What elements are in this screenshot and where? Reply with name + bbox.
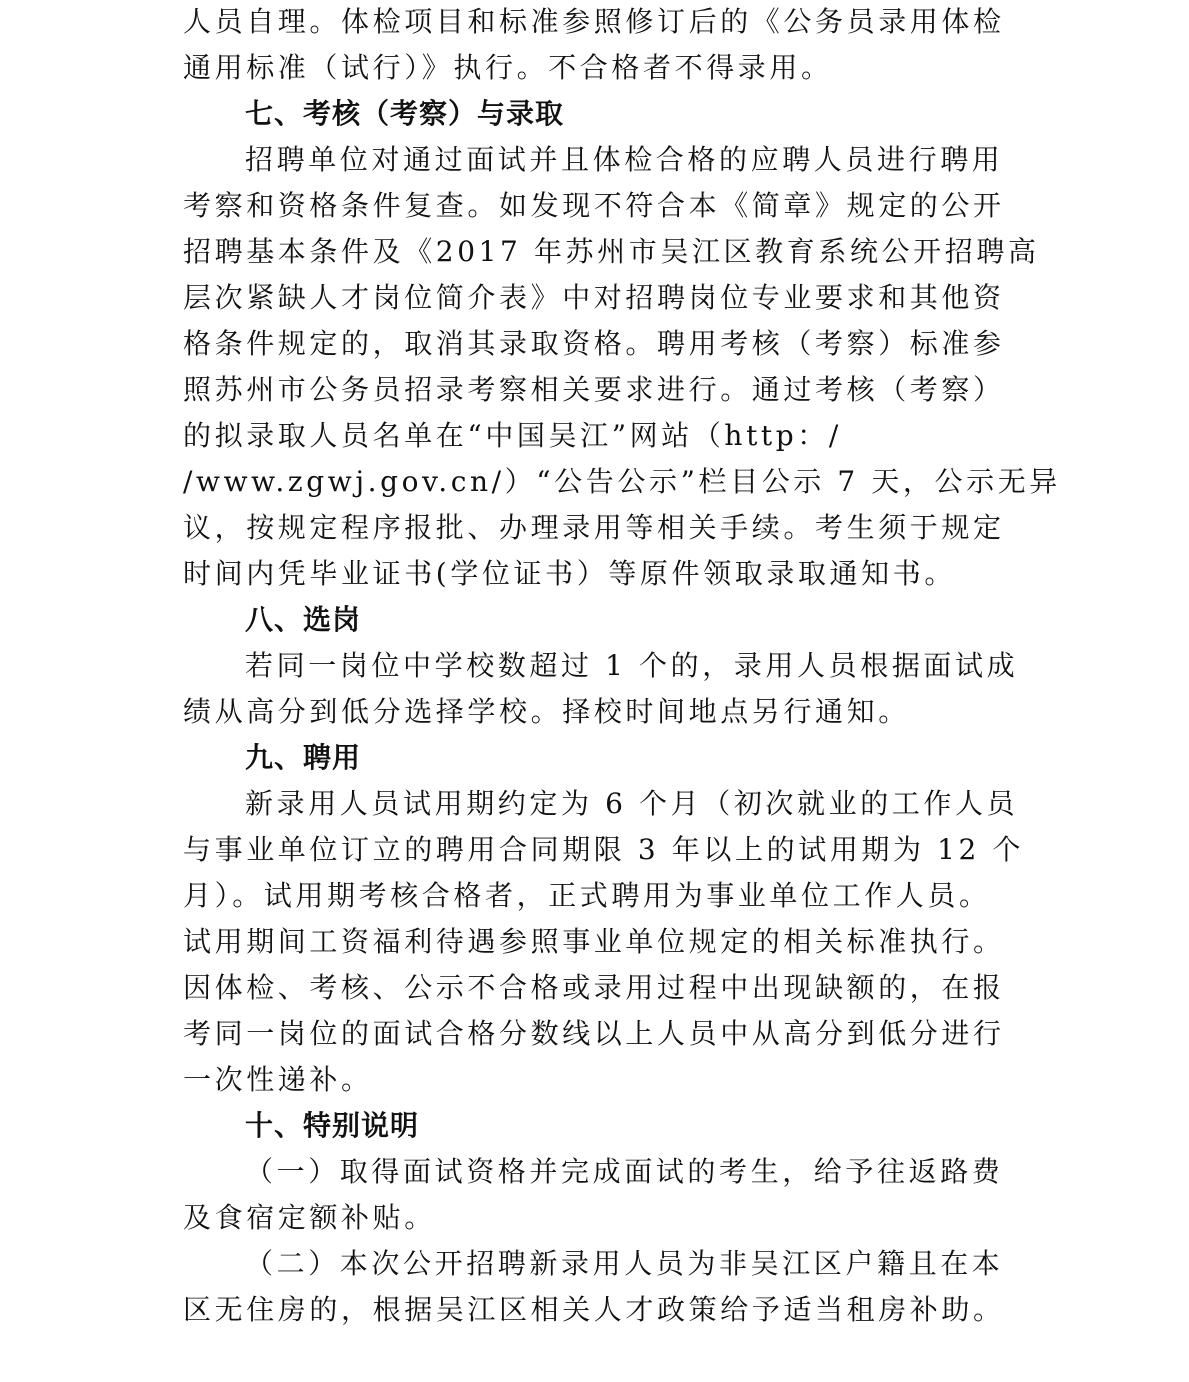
paragraph-start-line: 招聘单位对通过面试并且体检合格的应聘人员进行聘用 [245,140,1085,180]
section-heading-8: 八、选岗 [245,600,1085,640]
body-line: 人员自理。体检项目和标准参照修订后的《公务员录用体检 [183,2,1023,42]
document-page: 人员自理。体检项目和标准参照修订后的《公务员录用体检 通用标准（试行）》执行。不… [0,0,1189,1382]
body-line: 及食宿定额补贴。 [183,1198,1023,1238]
body-line: 议，按规定程序报批、办理录用等相关手续。考生须于规定 [183,508,1023,548]
body-line: 时间内凭毕业证书(学位证书）等原件领取录取通知书。 [183,554,1023,594]
body-line: 区无住房的，根据吴江区相关人才政策给予适当租房补助。 [183,1290,1023,1330]
paragraph-start-line: 若同一岗位中学校数超过 1 个的，录用人员根据面试成 [245,646,1085,686]
body-line: 考察和资格条件复查。如发现不符合本《简章》规定的公开 [183,186,1023,226]
body-line: 通用标准（试行）》执行。不合格者不得录用。 [183,48,1023,88]
body-line: 一次性递补。 [183,1060,1023,1100]
body-line: 月）。试用期考核合格者，正式聘用为事业单位工作人员。 [183,876,1023,916]
body-line: 因体检、考核、公示不合格或录用过程中出现缺额的，在报 [183,968,1023,1008]
paragraph-start-line: 新录用人员试用期约定为 6 个月（初次就业的工作人员 [245,784,1085,824]
section-heading-10: 十、特别说明 [245,1106,1085,1146]
body-line: 招聘基本条件及《2017 年苏州市吴江区教育系统公开招聘高 [183,232,1023,272]
body-line: /www.zgwj.gov.cn/）“公告公示”栏目公示 7 天，公示无异 [183,462,1023,502]
body-line: 照苏州市公务员招录考察相关要求进行。通过考核（考察） [183,370,1023,410]
body-line: 与事业单位订立的聘用合同期限 3 年以上的试用期为 12 个 [183,830,1023,870]
body-line: 格条件规定的，取消其录取资格。聘用考核（考察）标准参 [183,324,1023,364]
section-heading-7: 七、考核（考察）与录取 [245,94,1085,134]
body-line: 的拟录取人员名单在“中国吴江”网站（http：/ [183,416,1023,456]
body-line: 层次紧缺人才岗位简介表》中对招聘岗位专业要求和其他资 [183,278,1023,318]
body-line: 试用期间工资福利待遇参照事业单位规定的相关标准执行。 [183,922,1023,962]
paragraph-start-line: （二）本次公开招聘新录用人员为非吴江区户籍且在本 [245,1244,1085,1284]
paragraph-start-line: （一）取得面试资格并完成面试的考生，给予往返路费 [245,1152,1085,1192]
body-line: 考同一岗位的面试合格分数线以上人员中从高分到低分进行 [183,1014,1023,1054]
section-heading-9: 九、聘用 [245,738,1085,778]
body-line: 绩从高分到低分选择学校。择校时间地点另行通知。 [183,692,1023,732]
